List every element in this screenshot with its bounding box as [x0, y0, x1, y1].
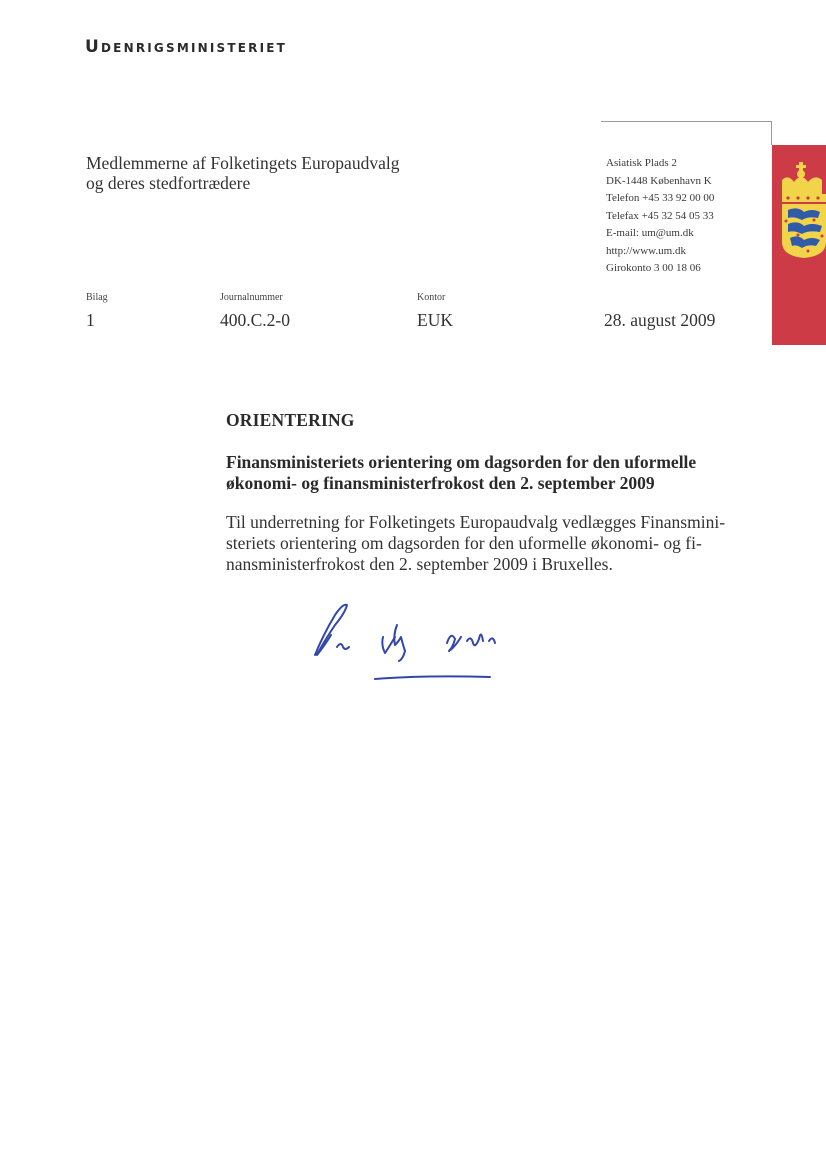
journal-label: Journalnummer — [220, 292, 283, 303]
bilag-label: Bilag — [86, 292, 108, 303]
kontor-label: Kontor — [417, 292, 445, 303]
header-rule — [601, 121, 772, 122]
kontor-value: EUK — [417, 310, 453, 331]
recipient-line-1: Medlemmerne af Folketingets Europaudvalg — [86, 153, 399, 173]
danish-coat-of-arms-icon — [778, 160, 826, 260]
contact-web: http://www.um.dk — [606, 243, 714, 261]
contact-city: DK-1448 København K — [606, 173, 714, 191]
contact-email: E-mail: um@um.dk — [606, 225, 714, 243]
body-paragraph: Til underretning for Folketingets Europa… — [226, 512, 746, 575]
recipient-block: Medlemmerne af Folketingets Europaudvalg… — [86, 153, 399, 193]
body-line-3: nansministerfrokost den 2. september 200… — [226, 554, 746, 575]
bilag-value: 1 — [86, 310, 95, 331]
signature-icon — [305, 595, 555, 690]
recipient-line-2: og deres stedfortrædere — [86, 173, 399, 193]
contact-address: Asiatisk Plads 2 — [606, 155, 714, 173]
document-heading: ORIENTERING — [226, 410, 355, 431]
ministry-letterhead: Udenrigsministeriet — [85, 37, 287, 57]
contact-phone: Telefon +45 33 92 00 00 — [606, 190, 714, 208]
contact-giro: Girokonto 3 00 18 06 — [606, 260, 714, 278]
subject-line-1: Finansministeriets orientering om dagsor… — [226, 452, 696, 473]
contact-fax: Telefax +45 32 54 05 33 — [606, 208, 714, 226]
contact-block: Asiatisk Plads 2 DK-1448 København K Tel… — [606, 155, 714, 278]
body-line-1: Til underretning for Folketingets Europa… — [226, 512, 746, 533]
body-line-2: steriets orientering om dagsorden for de… — [226, 533, 746, 554]
journal-value: 400.C.2-0 — [220, 310, 290, 331]
subject-block: Finansministeriets orientering om dagsor… — [226, 452, 696, 494]
subject-line-2: økonomi- og finansministerfrokost den 2.… — [226, 473, 696, 494]
header-rule-vertical — [771, 121, 772, 145]
letter-date: 28. august 2009 — [604, 310, 715, 331]
